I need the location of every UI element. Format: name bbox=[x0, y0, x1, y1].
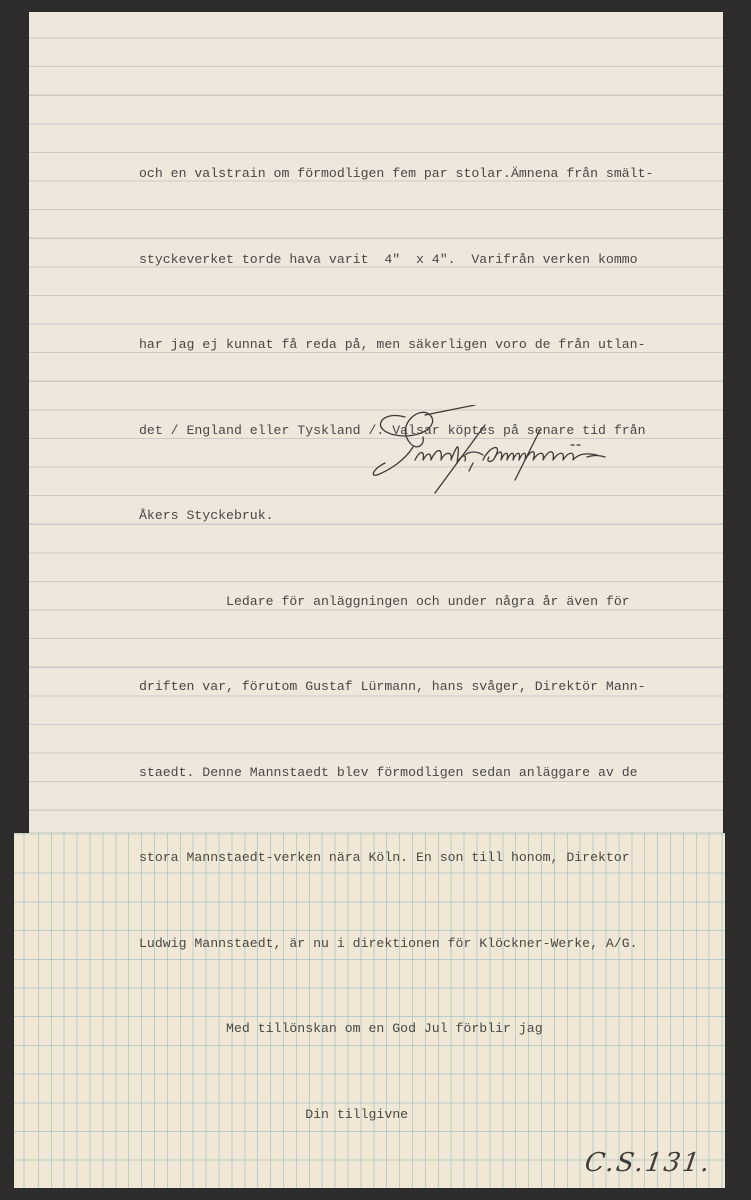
letter-line: Ludwig Mannstaedt, är nu i direktionen f… bbox=[139, 930, 699, 959]
letter-line: Åkers Styckebruk. bbox=[139, 502, 699, 531]
letter-body: och en valstrain om förmodligen fem par … bbox=[139, 103, 699, 1158]
letter-line: har jag ej kunnat få reda på, men säkerl… bbox=[139, 331, 699, 360]
letter-line: stora Mannstaedt-verken nära Köln. En so… bbox=[139, 844, 699, 873]
signature-icon bbox=[365, 405, 635, 495]
letter-line: styckeverket torde hava varit 4" x 4". V… bbox=[139, 246, 699, 275]
handwritten-signature bbox=[365, 405, 635, 495]
valediction: Din tillgivne bbox=[139, 1101, 699, 1130]
letter-line: och en valstrain om förmodligen fem par … bbox=[139, 160, 699, 189]
archive-reference-mark: C.S.131. bbox=[583, 1148, 713, 1178]
closing-line: Med tillönskan om en God Jul förblir jag bbox=[139, 1015, 699, 1044]
letter-line: driften var, förutom Gustaf Lürmann, han… bbox=[139, 673, 699, 702]
letter-line: Ledare för anläggningen och under några … bbox=[139, 588, 699, 617]
letter-line: staedt. Denne Mannstaedt blev förmodlige… bbox=[139, 759, 699, 788]
